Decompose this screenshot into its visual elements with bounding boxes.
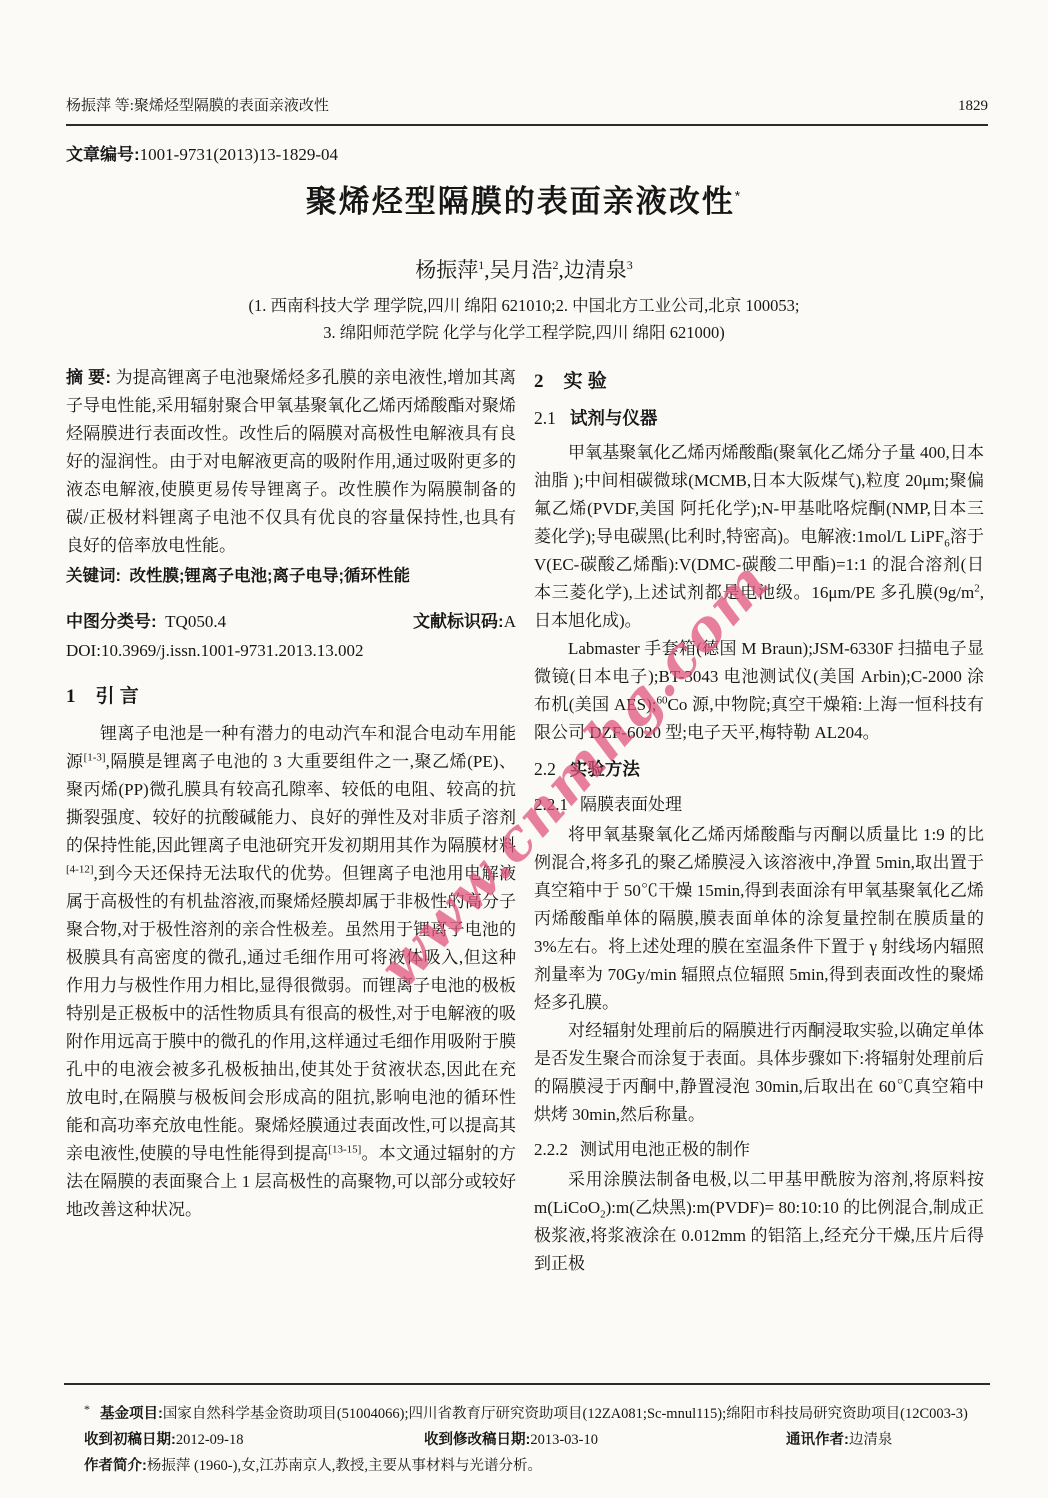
citation-ref: [1-3]	[84, 751, 106, 763]
section-title: 引 言	[96, 686, 139, 707]
subsection-number: 2.2.2	[534, 1140, 568, 1159]
dates-row: 收到初稿日期:2012-09-18 收到修改稿日期:2013-03-10 通讯作…	[84, 1428, 990, 1452]
citation-ref: [13-15]	[328, 1143, 361, 1155]
author: 杨振萍	[415, 258, 478, 282]
instruments-paragraph: Labmaster 手套箱(德国 M Braun);JSM-6330F 扫描电子…	[534, 635, 984, 747]
corresponding-value: 边清泉	[849, 1432, 893, 1448]
right-column: 2实 验 2.1试剂与仪器 甲氧基聚氧化乙烯丙烯酸酯(聚氧化乙烯分子量 400,…	[534, 364, 984, 1278]
membrane-treatment-paragraph: 将甲氧基聚氧化乙烯丙烯酸酯与丙酮以质量比 1:9 的比例混合,将多孔的聚乙烯膜浸…	[534, 821, 984, 1017]
citation-ref: [4-12]	[66, 863, 94, 875]
two-column-body: 摘 要: 为提高锂离子电池聚烯烃多孔膜的亲电液性,增加其离子导电性能,采用辐射聚…	[66, 364, 984, 1278]
footnote-area: *基金项目:国家自然科学基金资助项目(51004066);四川省教育厅研究资助项…	[64, 1383, 990, 1478]
clc-label: 中图分类号:	[66, 612, 157, 631]
subsection-title: 试剂与仪器	[570, 408, 658, 428]
running-title: 杨振萍 等:聚烯烃型隔膜的表面亲液改性	[66, 94, 329, 115]
affiliation-line: 3. 绵阳师范学院 化学与化学工程学院,四川 绵阳 621000)	[0, 319, 1048, 346]
section-heading-experiment: 2实 验	[534, 366, 984, 393]
extraction-paragraph: 对经辐射处理前后的隔膜进行丙酮浸取实验,以确定单体是否发生聚合而涂复于表面。具体…	[534, 1017, 984, 1129]
subsection-number: 2.1	[534, 408, 556, 428]
section-number: 1	[66, 686, 76, 707]
intro-text: ,到今天还保持无法取代的优势。但锂离子电池用电解液属于高极性的有机盐溶液,而聚烯…	[66, 864, 516, 1163]
keywords-line: 关键词: 改性膜;锂离子电池;离子电导;循环性能	[66, 562, 516, 590]
section-title: 实 验	[564, 371, 607, 392]
reagents-text: 甲氧基聚氧化乙烯丙烯酸酯(聚氧化乙烯分子量 400,日本油脂 );中间相碳微球(…	[534, 443, 984, 546]
page-number: 1829	[958, 98, 988, 115]
intro-text: ,隔膜是锂离子电池的 3 大重要组件之一,聚乙烯(PE)、聚丙烯(PP)微孔膜具…	[66, 752, 516, 855]
corresponding-author: 通讯作者:边清泉	[786, 1428, 892, 1452]
clc-item: 中图分类号: TQ050.4	[66, 607, 226, 636]
running-header: 杨振萍 等:聚烯烃型隔膜的表面亲液改性 1829	[66, 94, 988, 126]
section-number: 2	[534, 371, 544, 392]
affiliation-line: (1. 西南科技大学 理学院,四川 绵阳 621010;2. 中国北方工业公司,…	[0, 292, 1048, 319]
reagents-paragraph: 甲氧基聚氧化乙烯丙烯酸酯(聚氧化乙烯分子量 400,日本油脂 );中间相碳微球(…	[534, 439, 984, 635]
cathode-paragraph: 采用涂膜法制备电极,以二甲基甲酰胺为溶剂,将原料按 m(LiCoO2):m(乙炔…	[534, 1166, 984, 1278]
subsection-heading-2-2-1: 2.2.1隔膜表面处理	[534, 790, 984, 815]
subsection-heading-2-1: 2.1试剂与仪器	[534, 405, 984, 430]
subsection-title: 隔膜表面处理	[580, 795, 682, 814]
abstract-text: 为提高锂离子电池聚烯烃多孔膜的亲电液性,增加其离子导电性能,采用辐射聚合甲氧基聚…	[66, 368, 516, 555]
affiliations: (1. 西南科技大学 理学院,四川 绵阳 621010;2. 中国北方工业公司,…	[0, 292, 1048, 346]
article-title-text: 聚烯烃型隔膜的表面亲液改性	[306, 184, 735, 219]
funding-label: 基金项目:	[100, 1406, 163, 1422]
abstract-label: 摘 要:	[66, 368, 111, 387]
keywords-text: 改性膜;锂离子电池;离子电导;循环性能	[130, 567, 410, 585]
keywords-label: 关键词:	[66, 567, 121, 585]
author: ,边清泉	[559, 258, 627, 282]
article-title: 聚烯烃型隔膜的表面亲液改性*	[0, 176, 1048, 221]
subsection-number: 2.2.1	[534, 795, 568, 814]
article-number-line: 文章编号:1001-9731(2013)13-1829-04	[66, 140, 338, 165]
abstract: 摘 要: 为提高锂离子电池聚烯烃多孔膜的亲电液性,增加其离子导电性能,采用辐射聚…	[66, 364, 516, 560]
classification-row: 中图分类号: TQ050.4 文献标识码:A	[66, 607, 516, 636]
bio-label: 作者简介:	[84, 1458, 147, 1474]
author-bio: 作者简介:杨振萍 (1960-),女,江苏南京人,教授,主要从事材料与光谱分析。	[84, 1454, 990, 1478]
intro-paragraph: 锂离子电池是一种有潜力的电动汽车和混合电动车用能源[1-3],隔膜是锂离子电池的…	[66, 720, 516, 1224]
received-date: 收到初稿日期:2012-09-18	[84, 1428, 424, 1452]
article-number-label: 文章编号:	[66, 145, 140, 164]
bio-text: 杨振萍 (1960-),女,江苏南京人,教授,主要从事材料与光谱分析。	[147, 1458, 542, 1474]
author: ,吴月浩	[484, 258, 552, 282]
authors-line: 杨振萍1,吴月浩2,边清泉3	[0, 254, 1048, 284]
doc-code-item: 文献标识码:A	[413, 607, 516, 636]
received-label: 收到初稿日期:	[84, 1432, 176, 1448]
doc-code-value: A	[504, 612, 516, 631]
corresponding-label: 通讯作者:	[786, 1432, 849, 1448]
subsection-title: 测试用电池正极的制作	[580, 1140, 750, 1159]
revised-date: 收到修改稿日期:2013-03-10	[424, 1428, 786, 1452]
funding-note: *基金项目:国家自然科学基金资助项目(51004066);四川省教育厅研究资助项…	[84, 1397, 990, 1426]
section-heading-intro: 1引 言	[66, 681, 516, 708]
doc-code-label: 文献标识码:	[413, 612, 504, 631]
revised-value: 2013-03-10	[530, 1432, 598, 1448]
clc-value: TQ050.4	[165, 612, 226, 631]
received-value: 2012-09-18	[176, 1432, 244, 1448]
footnote-asterisk: *	[84, 1402, 90, 1416]
subsection-heading-2-2: 2.2实验方法	[534, 756, 984, 781]
article-number-value: 1001-9731(2013)13-1829-04	[140, 145, 338, 164]
title-footnote-mark: *	[735, 188, 742, 204]
subsection-heading-2-2-2: 2.2.2测试用电池正极的制作	[534, 1135, 984, 1160]
doi-line: DOI:10.3969/j.issn.1001-9731.2013.13.002	[66, 636, 516, 665]
left-column: 摘 要: 为提高锂离子电池聚烯烃多孔膜的亲电液性,增加其离子导电性能,采用辐射聚…	[66, 364, 516, 1278]
author-affiliation-sup: 3	[627, 258, 633, 272]
subsection-number: 2.2	[534, 759, 556, 779]
subsection-title: 实验方法	[570, 759, 640, 779]
revised-label: 收到修改稿日期:	[424, 1432, 530, 1448]
isotope-superscript: 60	[657, 694, 668, 706]
funding-text: 国家自然科学基金资助项目(51004066);四川省教育厅研究资助项目(12ZA…	[163, 1406, 968, 1422]
journal-article-page: www.cnmhg.com 杨振萍 等:聚烯烃型隔膜的表面亲液改性 1829 文…	[0, 0, 1048, 1498]
